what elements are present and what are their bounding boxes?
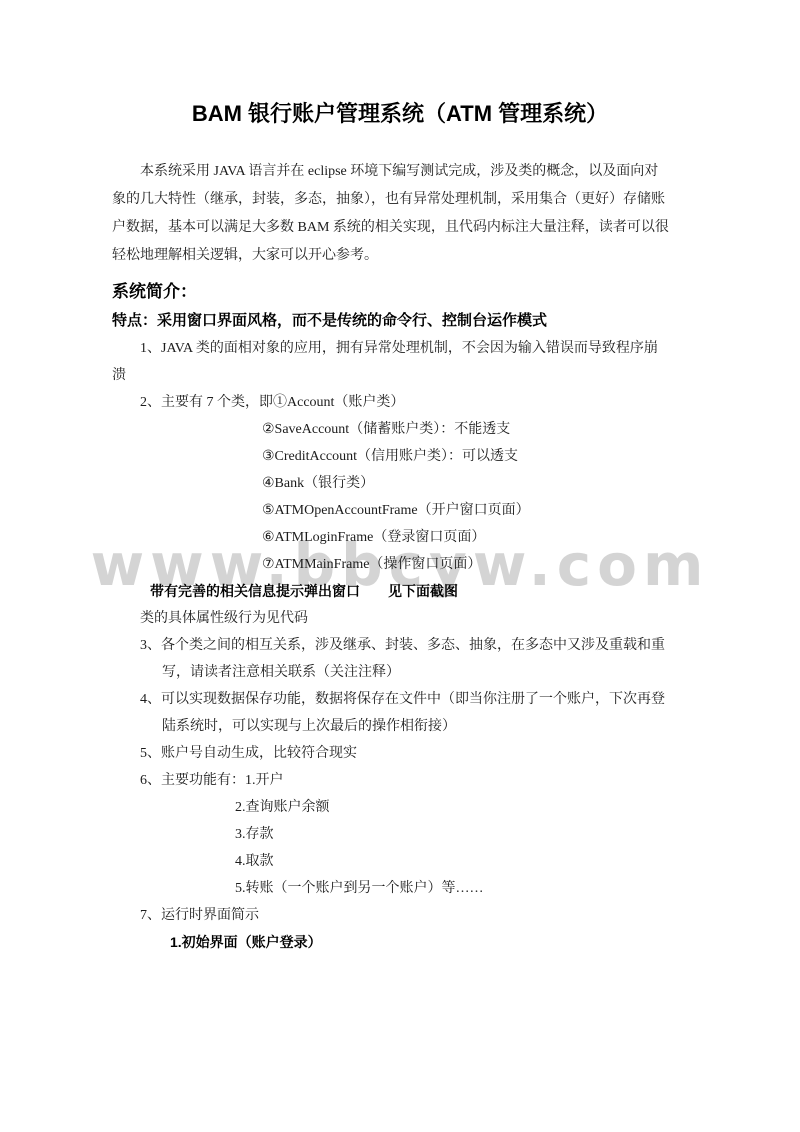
intro-line-4: 轻松地理解相关逻辑，大家可以开心参考。 xyxy=(112,242,688,270)
list-item-5: 5、账户号自动生成，比较符合现实 xyxy=(112,740,688,767)
class-item-open-account-frame: ⑤ATMOpenAccountFrame（开户窗口页面） xyxy=(112,497,688,524)
numbered-list: 1、JAVA 类的面相对象的应用，拥有异常处理机制，不会因为输入错误而导致程序崩… xyxy=(112,335,688,956)
feature-line: 特点：采用窗口界面风格，而不是传统的命令行、控制台运作模式 xyxy=(112,307,688,335)
section-heading: 系统简介： xyxy=(112,277,688,307)
list-item-2: 2、主要有 7 个类，即①Account（账户类） xyxy=(112,389,688,416)
document-content: BAM 银行账户管理系统（ATM 管理系统） 本系统采用 JAVA 语言并在 e… xyxy=(0,0,800,956)
function-item-3: 3.存款 xyxy=(112,821,688,848)
class-item-login-frame: ⑥ATMLoginFrame（登录窗口页面） xyxy=(112,524,688,551)
list-item-4-line-1: 4、可以实现数据保存功能，数据将保存在文件中（即当你注册了一个账户，下次再登 xyxy=(112,686,688,713)
list-item-1-line-1: 1、JAVA 类的面相对象的应用，拥有异常处理机制，不会因为输入错误而导致程序崩 xyxy=(112,335,688,362)
intro-line-3: 户数据，基本可以满足大多数 BAM 系统的相关实现，且代码内标注大量注释，读者可… xyxy=(112,214,688,242)
intro-line-2: 象的几大特性（继承，封装，多态，抽象），也有异常处理机制，采用集合（更好）存储账 xyxy=(112,186,688,214)
list-item-1-line-2: 溃 xyxy=(112,362,688,389)
intro-paragraph: 本系统采用 JAVA 语言并在 eclipse 环境下编写测试完成，涉及类的概念… xyxy=(112,158,688,270)
intro-line-1: 本系统采用 JAVA 语言并在 eclipse 环境下编写测试完成，涉及类的概念… xyxy=(112,158,688,186)
function-item-2: 2.查询账户余额 xyxy=(112,794,688,821)
popup-note-bold: 带有完善的相关信息提示弹出窗口 见下面截图 xyxy=(112,578,688,605)
list-item-3-line-1: 3、各个类之间的相互关系，涉及继承、封装、多态、抽象，在多态中又涉及重载和重 xyxy=(112,632,688,659)
function-item-5: 5.转账（一个账户到另一个账户）等…… xyxy=(112,875,688,902)
function-item-4: 4.取款 xyxy=(112,848,688,875)
list-item-3-line-2: 写，请读者注意相关联系（关注注释） xyxy=(112,659,688,686)
class-item-save-account: ②SaveAccount（储蓄账户类）：不能透支 xyxy=(112,416,688,443)
document-page: www.bbcyw.com BAM 银行账户管理系统（ATM 管理系统） 本系统… xyxy=(0,0,800,1132)
class-item-main-frame: ⑦ATMMainFrame（操作窗口页面） xyxy=(112,551,688,578)
screen-caption-login: 1.初始界面（账户登录） xyxy=(112,929,688,956)
document-title: BAM 银行账户管理系统（ATM 管理系统） xyxy=(112,97,688,131)
popup-note-plain: 类的具体属性级行为见代码 xyxy=(112,605,688,632)
class-item-bank: ④Bank（银行类） xyxy=(112,470,688,497)
list-item-6: 6、主要功能有：1.开户 xyxy=(112,767,688,794)
class-item-credit-account: ③CreditAccount（信用账户类）：可以透支 xyxy=(112,443,688,470)
list-item-4-line-2: 陆系统时，可以实现与上次最后的操作相衔接） xyxy=(112,713,688,740)
list-item-7: 7、运行时界面简示 xyxy=(112,902,688,929)
